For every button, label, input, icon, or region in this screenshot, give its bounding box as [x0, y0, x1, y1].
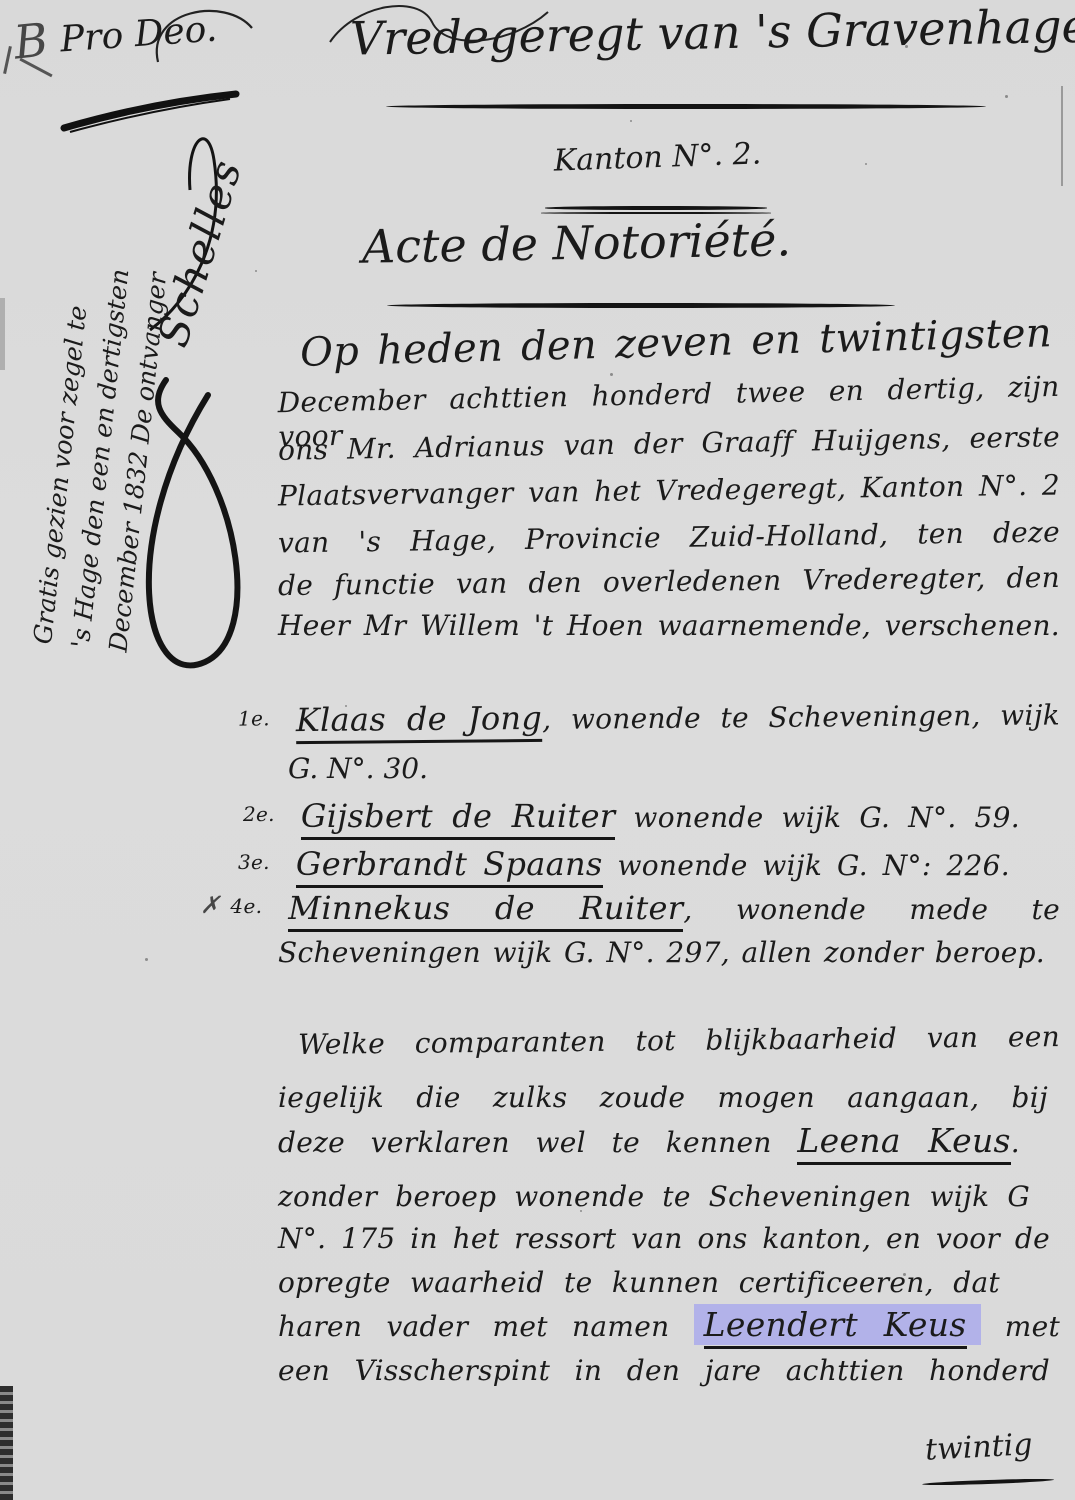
act-title: Acte de Notoriété.: [362, 212, 792, 273]
paper-speck: [580, 1210, 582, 1212]
declaration-line-7-pre: haren vader met namen: [278, 1310, 694, 1343]
declaration-line-5: N°. 175 in het ressort van ons kanton, e…: [278, 1222, 1050, 1256]
scan-edge-bottom-left: [0, 1386, 13, 1500]
comparant-1-name: Klaas de Jong: [296, 699, 543, 744]
comparant-3-line: 3e.Gerbrandt Spaans wonende wijk G. N°: …: [238, 845, 1010, 883]
declaration-line-6: opregte waarheid te kunnen certificeeren…: [278, 1266, 1000, 1300]
paper-speck: [865, 163, 867, 165]
paper-speck: [610, 373, 613, 376]
comparant-2-number: 2e.: [243, 802, 275, 826]
declaration-line-2: iegelijk die zulks zoude mogen aangaan, …: [278, 1081, 1048, 1115]
declaration-line-4: zonder beroep wonende te Scheveningen wi…: [278, 1180, 1030, 1214]
comparant-1-line: 1e.Klaas de Jong, wonende te Scheveninge…: [238, 694, 1060, 739]
comparant-4-rest: , wonende mede te: [683, 893, 1060, 926]
comparant-4-cont: Scheveningen wijk G. N°. 297, allen zond…: [278, 936, 1045, 970]
leendert-keus-name: Leendert Keus: [704, 1305, 967, 1349]
signature-paraph-loop: [149, 380, 238, 665]
leena-keus-name: Leena Keus: [797, 1121, 1010, 1165]
catchword-rule: [922, 1478, 1054, 1487]
opening-line-1: Op heden den zeven en twintigsten: [300, 310, 1053, 376]
comparant-2-rest: wonende wijk G. N°. 59.: [615, 801, 1020, 834]
comparant-3-number: 3e.: [238, 850, 270, 874]
canton-subtitle: Kanton N°. 2.: [539, 136, 775, 179]
opening-line-5: van 's Hage, Provincie Zuid-Holland, ten…: [278, 516, 1060, 561]
comparant-3-name: Gerbrandt Spaans: [296, 845, 603, 888]
comparant-2-line: 2e.Gijsbert de Ruiter wonende wijk G. N°…: [243, 797, 1020, 835]
declaration-line-7-post: met: [981, 1310, 1061, 1343]
court-title: Vredegeregt van 's Gravenhage.: [350, 0, 1001, 65]
comparant-1-cont: G. N°. 30.: [288, 752, 428, 786]
scan-edge-left-mark: [0, 298, 5, 370]
scanned-manuscript-page: { "document": { "ink_color": "#1b1b1b", …: [0, 0, 1075, 1500]
corner-mark: B: [11, 12, 50, 69]
pencil-x-mark: ✗: [200, 891, 220, 919]
comparant-4-number: 4e.: [230, 894, 262, 918]
comparant-2-name: Gijsbert de Ruiter: [301, 797, 616, 840]
paper-speck: [345, 705, 347, 707]
paper-speck: [255, 270, 257, 272]
catchword: twintig: [924, 1427, 1033, 1468]
canton-rule-top: [545, 206, 767, 210]
comparant-1-number: 1e.: [238, 706, 270, 730]
comparant-4-name: Minnekus de Ruiter: [288, 889, 683, 932]
margin-note: Gratis gezien voor zegel te 's Hage den …: [24, 85, 196, 654]
declaration-line-7: haren vader met namen Leendert Keus met: [278, 1308, 1060, 1344]
declaration-line-3-post: .: [1011, 1126, 1020, 1159]
declaration-line-8: een Visscherspint in den jare achttien h…: [278, 1354, 1050, 1388]
title-rule: [386, 104, 986, 109]
comparant-3-rest: wonende wijk G. N°: 226.: [603, 849, 1010, 882]
paper-speck: [905, 45, 908, 48]
comparant-1-rest: , wonende te Scheveningen, wijk: [542, 698, 1060, 736]
comparant-4-line: ✗4e.Minnekus de Ruiter, wonende mede te: [200, 888, 1060, 927]
fee-note: Pro Deo.: [59, 9, 219, 61]
opening-line-6: de functie van den overledenen Vrederegt…: [278, 561, 1060, 603]
paper-speck: [903, 1273, 906, 1276]
paper-speck: [1005, 95, 1008, 98]
act-title-rule: [387, 303, 895, 308]
scan-edge-right-line: [1061, 86, 1063, 186]
pencil-tick: [3, 46, 12, 74]
opening-line-4: Plaatsvervanger van het Vredegeregt, Kan…: [278, 469, 1060, 514]
declaration-line-1: Welke comparanten tot blijkbaarheid van …: [298, 1020, 1060, 1062]
opening-line-7: Heer Mr Willem 't Hoen waarnemende, vers…: [278, 609, 1060, 643]
paper-speck: [145, 958, 148, 961]
leendert-keus-highlight: Leendert Keus: [694, 1304, 981, 1345]
declaration-line-3: deze verklaren wel te kennen Leena Keus.: [278, 1124, 1020, 1160]
paper-speck: [630, 120, 632, 122]
declaration-line-3-pre: deze verklaren wel te kennen: [278, 1126, 797, 1159]
